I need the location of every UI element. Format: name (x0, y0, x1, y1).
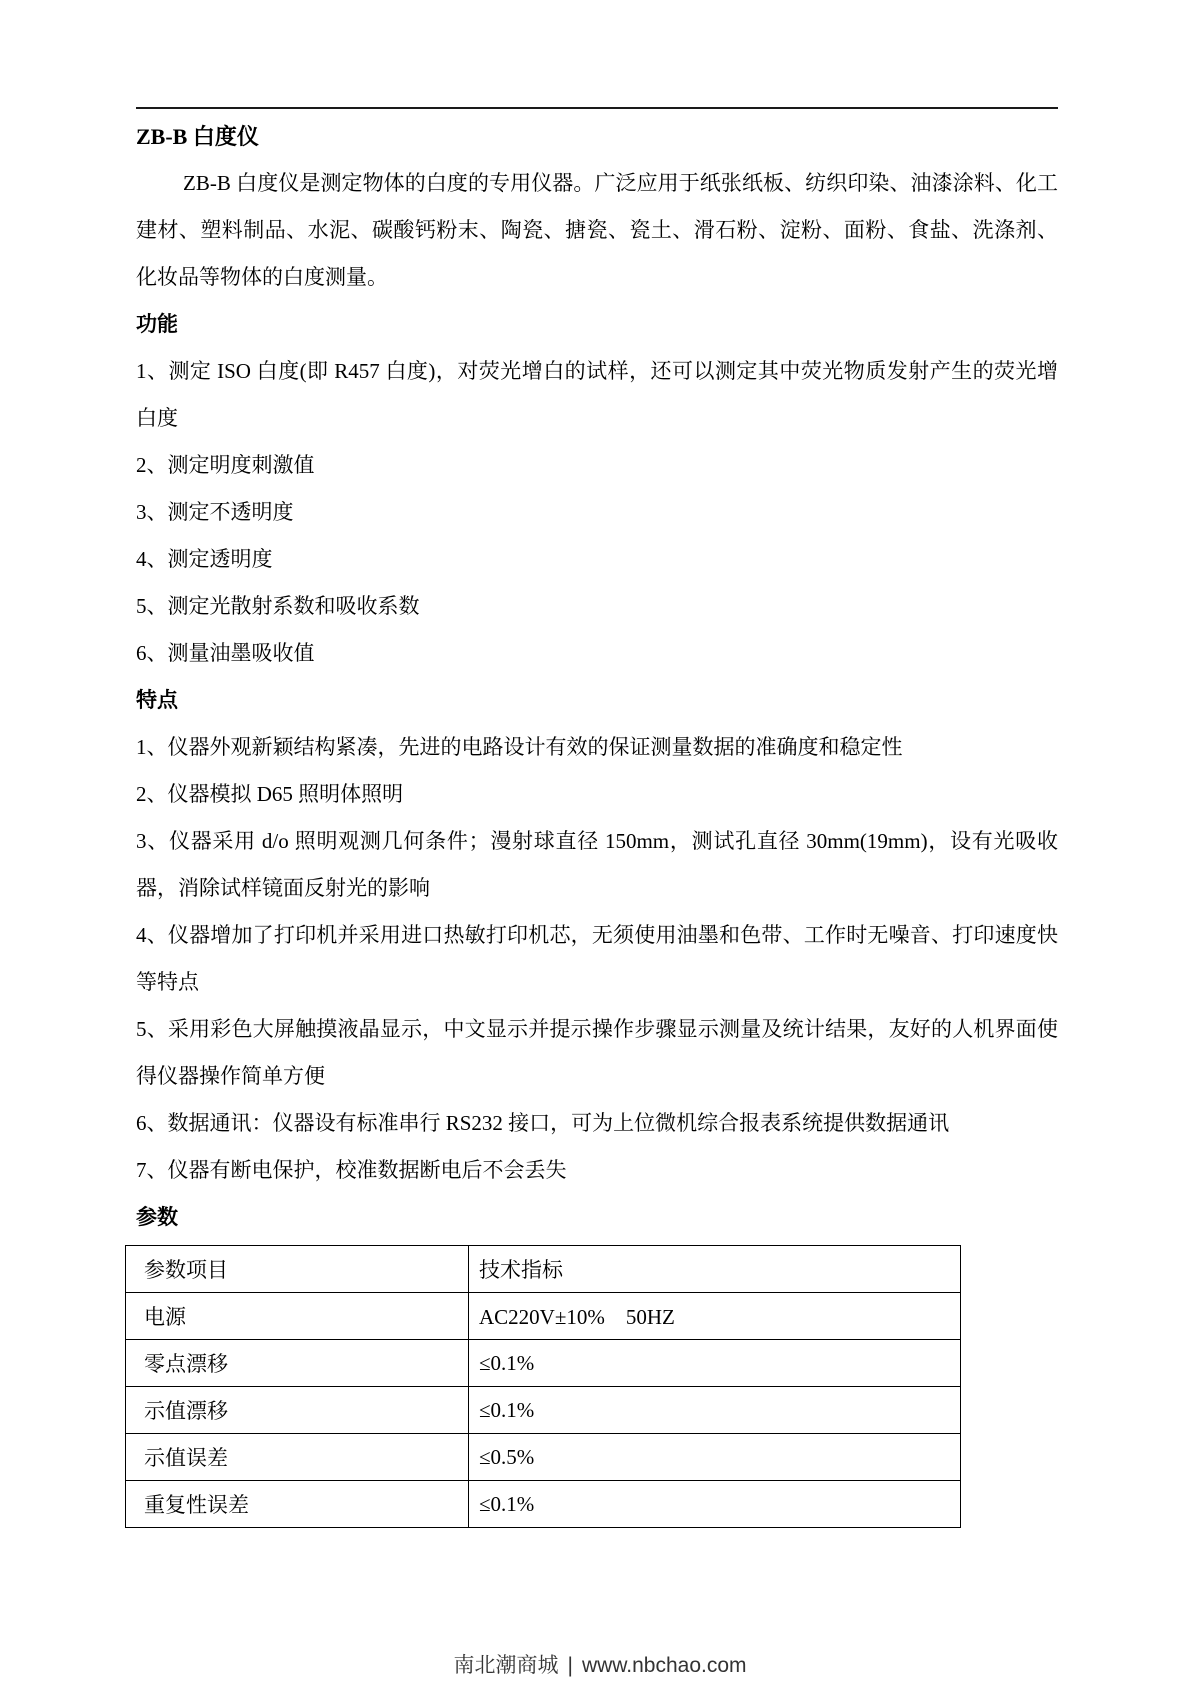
param-row-indication-error: 示值误差 ≤0.5% (126, 1434, 961, 1481)
param-value-cell: AC220V±10% 50HZ (469, 1293, 961, 1340)
document-title: ZB-B 白度仪 (136, 113, 1058, 160)
param-name-cell: 示值误差 (126, 1434, 469, 1481)
param-header-name: 参数项目 (126, 1246, 469, 1293)
feature-item-2: 2、仪器模拟 D65 照明体照明 (136, 771, 1058, 818)
footer-url: www.nbchao.com (582, 1654, 747, 1677)
feature-item-5: 5、采用彩色大屏触摸液晶显示，中文显示并提示操作步骤显示测量及统计结果，友好的人… (136, 1006, 1058, 1100)
function-item-4: 4、测定透明度 (136, 536, 1058, 583)
feature-item-6: 6、数据通讯：仪器设有标准串行 RS232 接口，可为上位微机综合报表系统提供数… (136, 1100, 1058, 1147)
param-name-cell: 示值漂移 (126, 1387, 469, 1434)
functions-heading: 功能 (136, 301, 1058, 348)
function-item-2: 2、测定明度刺激值 (136, 442, 1058, 489)
param-value-cell: ≤0.1% (469, 1481, 961, 1528)
function-item-3: 3、测定不透明度 (136, 489, 1058, 536)
footer-separator: | (567, 1654, 572, 1677)
param-name-cell: 零点漂移 (126, 1340, 469, 1387)
function-item-5: 5、测定光散射系数和吸收系数 (136, 583, 1058, 630)
feature-item-7: 7、仪器有断电保护，校准数据断电后不会丢失 (136, 1147, 1058, 1194)
features-heading: 特点 (136, 677, 1058, 724)
function-item-1: 1、测定 ISO 白度(即 R457 白度)，对荧光增白的试样，还可以测定其中荧… (136, 348, 1058, 442)
intro-paragraph: ZB-B 白度仪是测定物体的白度的专用仪器。广泛应用于纸张纸板、纺织印染、油漆涂… (136, 160, 1058, 301)
param-value-cell: ≤0.1% (469, 1387, 961, 1434)
param-value-cell: ≤0.1% (469, 1340, 961, 1387)
param-name-cell: 电源 (126, 1293, 469, 1340)
parameters-heading: 参数 (136, 1194, 1058, 1241)
param-row-zero-drift: 零点漂移 ≤0.1% (126, 1340, 961, 1387)
functions-list: 1、测定 ISO 白度(即 R457 白度)，对荧光增白的试样，还可以测定其中荧… (136, 348, 1058, 677)
page-footer: 南北潮商城|www.nbchao.com (0, 1652, 1200, 1680)
feature-item-4: 4、仪器增加了打印机并采用进口热敏打印机芯，无须使用油墨和色带、工作时无噪音、打… (136, 912, 1058, 1006)
param-row-power: 电源 AC220V±10% 50HZ (126, 1293, 961, 1340)
function-item-6: 6、测量油墨吸收值 (136, 630, 1058, 677)
feature-item-3: 3、仪器采用 d/o 照明观测几何条件；漫射球直径 150mm，测试孔直径 30… (136, 818, 1058, 912)
feature-item-1: 1、仪器外观新颖结构紧凑，先进的电路设计有效的保证测量数据的准确度和稳定性 (136, 724, 1058, 771)
param-row-indication-drift: 示值漂移 ≤0.1% (126, 1387, 961, 1434)
document-page: ZB-B 白度仪 ZB-B 白度仪是测定物体的白度的专用仪器。广泛应用于纸张纸板… (136, 0, 1058, 1528)
param-header-value: 技术指标 (469, 1246, 961, 1293)
header-rule (136, 107, 1058, 109)
parameters-table: 参数项目 技术指标 电源 AC220V±10% 50HZ 零点漂移 ≤0.1% … (125, 1245, 961, 1528)
features-list: 1、仪器外观新颖结构紧凑，先进的电路设计有效的保证测量数据的准确度和稳定性 2、… (136, 724, 1058, 1194)
param-row-repeatability-error: 重复性误差 ≤0.1% (126, 1481, 961, 1528)
param-header-row: 参数项目 技术指标 (126, 1246, 961, 1293)
intro-section: ZB-B 白度仪是测定物体的白度的专用仪器。广泛应用于纸张纸板、纺织印染、油漆涂… (136, 160, 1058, 301)
param-value-cell: ≤0.5% (469, 1434, 961, 1481)
footer-brand: 南北潮商城 (453, 1654, 558, 1677)
param-name-cell: 重复性误差 (126, 1481, 469, 1528)
